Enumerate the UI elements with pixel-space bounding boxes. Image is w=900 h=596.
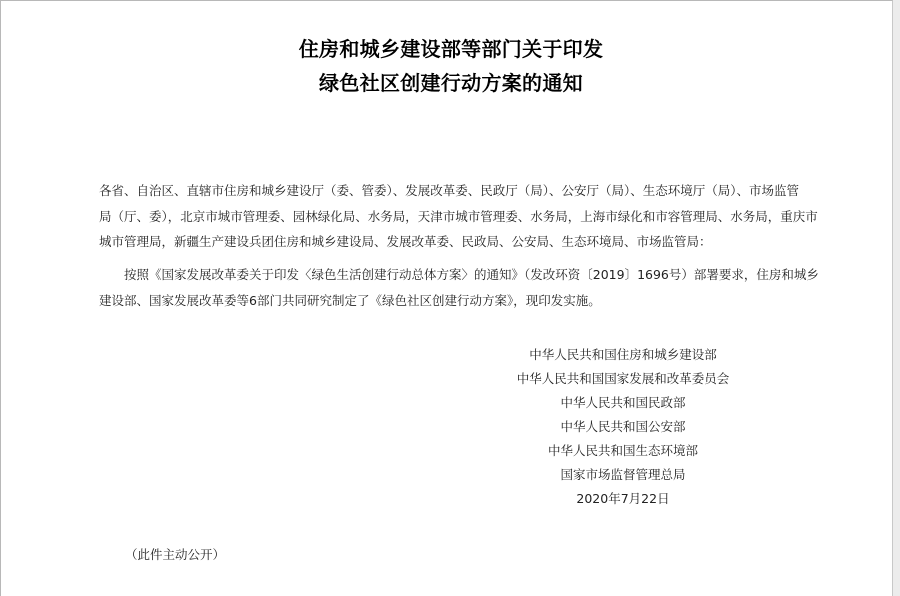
signatory-mps: 中华人民共和国公安部 — [473, 415, 773, 439]
document-date: 2020年7月22日 — [473, 487, 773, 511]
signatory-mca: 中华人民共和国民政部 — [473, 391, 773, 415]
addressee-line-2: 局（厅、委），北京市城市管理委、园林绿化局、水务局，天津市城市管理委、水务局，上… — [99, 204, 819, 230]
signatory-ndrc: 中华人民共和国国家发展和改革委员会 — [473, 367, 773, 391]
disclosure-note: （此件主动公开） — [125, 545, 225, 565]
body-paragraph: 按照《国家发展改革委关于印发〈绿色生活创建行动总体方案〉的通知》（发改环资〔20… — [99, 262, 819, 313]
body-line-1: 按照《国家发展改革委关于印发〈绿色生活创建行动总体方案〉的通知》（发改环资〔20… — [99, 262, 819, 288]
addressee-paragraph: 各省、自治区、直辖市住房和城乡建设厅（委、管委）、发展改革委、民政厅（局）、公安… — [99, 178, 819, 255]
document-page: 住房和城乡建设部等部门关于印发 绿色社区创建行动方案的通知 各省、自治区、直辖市… — [0, 0, 893, 596]
signature-block: 中华人民共和国住房和城乡建设部 中华人民共和国国家发展和改革委员会 中华人民共和… — [473, 343, 773, 511]
signatory-mohurd: 中华人民共和国住房和城乡建设部 — [473, 343, 773, 367]
title-line-2: 绿色社区创建行动方案的通知 — [1, 66, 900, 100]
signatory-mee: 中华人民共和国生态环境部 — [473, 439, 773, 463]
addressee-line-3: 城市管理局，新疆生产建设兵团住房和城乡建设局、发展改革委、民政局、公安局、生态环… — [99, 229, 819, 255]
title-line-1: 住房和城乡建设部等部门关于印发 — [1, 32, 900, 66]
addressee-line-1: 各省、自治区、直辖市住房和城乡建设厅（委、管委）、发展改革委、民政厅（局）、公安… — [99, 178, 819, 204]
document-title: 住房和城乡建设部等部门关于印发 绿色社区创建行动方案的通知 — [1, 32, 900, 100]
body-line-2: 建设部、国家发展改革委等6部门共同研究制定了《绿色社区创建行动方案》，现印发实施… — [99, 288, 819, 314]
signatory-samr: 国家市场监督管理总局 — [473, 463, 773, 487]
